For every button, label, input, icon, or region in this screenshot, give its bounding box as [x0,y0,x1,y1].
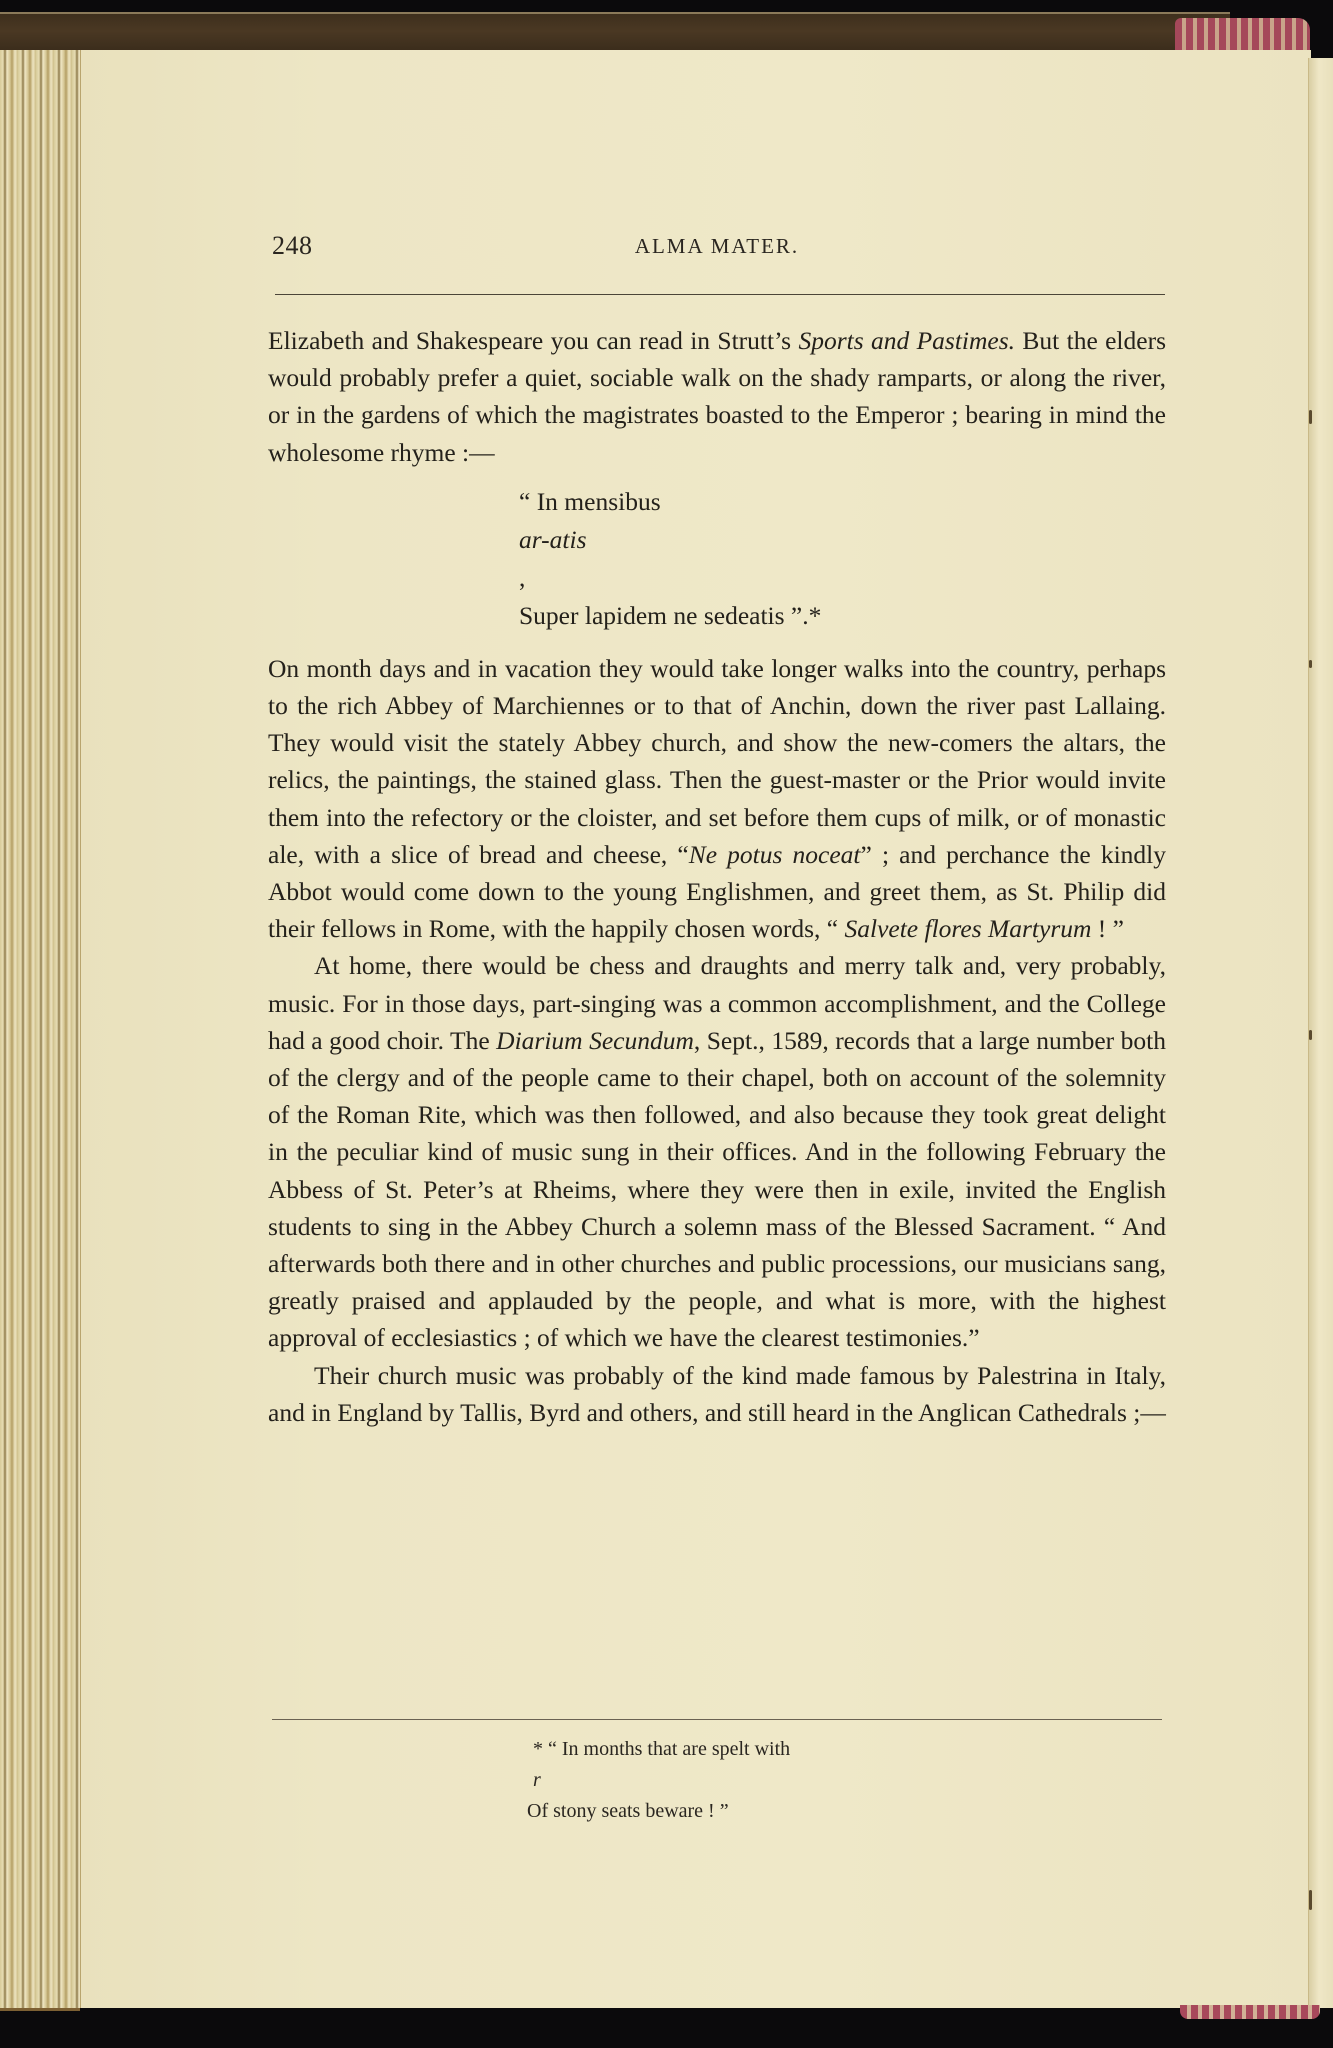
margin-mark [1309,1890,1312,1910]
text-run: ! ” [1091,914,1124,943]
footnote-rule [272,1719,1162,1720]
text-run: On month days and in vacation they would… [268,654,1166,869]
text-run: * “ In months that are spelt with [533,1734,1190,1765]
latin-verse: “ In mensibus ar-atis, Super lapidem ne … [519,483,1166,635]
text-run: Elizabeth and Shakespeare you can read i… [268,326,798,355]
verse-line-1: “ In mensibus ar-atis, [519,483,1166,597]
italic-title: Diarium Secundum [496,1026,694,1055]
book-cover-top-edge [0,12,1230,52]
verse-line-2: Super lapidem ne sedeatis ”.* [519,597,1166,635]
running-head: 248 ALMA MATER. [272,231,1162,271]
italic-letter: r [533,1769,541,1791]
paragraph-3: At home, there would be chess and draugh… [268,947,1166,1356]
footnote: * “ In months that are spelt with r Of s… [250,1734,1190,1827]
paragraph-4: Their church music was probably of the k… [268,1357,1166,1431]
text-run: , [519,559,1166,597]
page-stack-edges [0,50,80,2011]
paragraph-1: Elizabeth and Shakespeare you can read i… [268,322,1166,471]
margin-mark [1309,410,1312,424]
italic-quote: Ne potus noceat [689,840,861,869]
italic-word: ar-atis [519,525,587,554]
text-run: “ In mensibus [519,483,1166,521]
running-title: ALMA MATER. [272,234,1162,259]
header-rule [275,294,1165,295]
margin-mark [1309,660,1312,668]
italic-quote: Salvete flores Martyrum [844,914,1091,943]
headband-top [1175,18,1310,50]
margin-mark [1309,1030,1312,1040]
paragraph-2: On month days and in vacation they would… [268,650,1166,948]
margin-marks [1308,410,1314,1910]
body-text: Elizabeth and Shakespeare you can read i… [268,322,1166,1431]
italic-title: Sports and Pastimes. [798,326,1015,355]
text-run: , Sept., 1589, records that a large numb… [268,1026,1166,1353]
headband-bottom [1180,2005,1320,2019]
footnote-line-1: * “ In months that are spelt with r [250,1734,1190,1796]
footnote-line-2: Of stony seats beware ! ” [250,1796,1190,1827]
